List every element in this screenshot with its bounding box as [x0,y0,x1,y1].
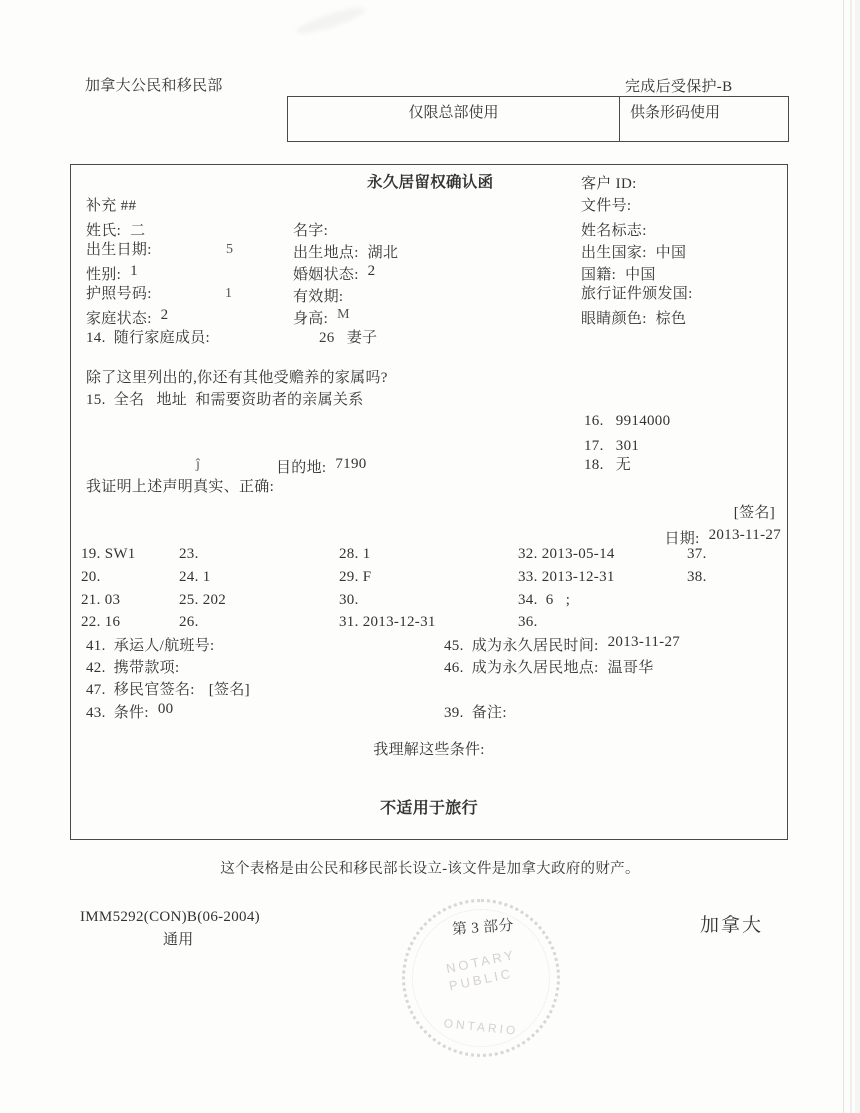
supplement-note: 补充 ## [86,197,136,216]
pr-date-label: 45. 成为永久居民时间: [444,634,599,655]
family-status-field: 家庭状态: 2 [86,307,168,328]
form-title: 永久居留权确认函 [367,173,493,192]
pr-date-value: 2013-11-27 [608,634,680,655]
document-page: 加拿大公民和移民部 完成后受保护-B 仅限总部使用 供条形码使用 永久居留权确认… [0,0,860,1113]
height-field: 身高: M [293,307,350,328]
height-value: M [337,307,350,328]
birth-country-value: 中国 [656,241,687,262]
pr-place-label: 46. 成为永久居民地点: [444,656,599,677]
passport-value: 1 [225,285,232,303]
citizenship-value: 中国 [625,263,656,284]
surname-label: 姓氏: [86,219,121,240]
funds-label: 42. 携带款项: [86,656,179,677]
birth-date-label: 出生日期: [86,241,152,260]
item16-line: 16. 9914000 [584,412,670,431]
grid-cell-24: 24. 1 [179,568,211,587]
height-label: 身高: [293,307,328,328]
form-box: 永久居留权确认函 客户 ID: 补充 ## 文件号: 姓氏: 二 名字: 姓名标… [70,164,788,840]
conditions-ack: 我理解这些条件: [71,741,787,760]
grid-cell-22: 22. 16 [81,613,120,632]
grid-cell-29: 29. F [339,568,371,587]
barcode-label: 供条形码使用 [620,97,788,141]
officer-signature-label: 47. 移民官签名: [86,678,195,699]
scan-smudge [295,3,367,38]
signature-date-value: 2013-11-27 [709,527,781,548]
accompanying-family-value: 26 妻子 [319,329,377,348]
pr-place-field: 46. 成为永久居民地点: 温哥华 [444,656,654,677]
client-id-label: 客户 ID: [581,175,637,194]
grid-cell-34: 34. 6 ; [518,591,570,610]
remarks-label: 39. 备注: [444,701,507,722]
grid-cell-23: 23. [179,545,199,564]
given-name-label: 名字: [293,219,328,240]
grid-cell-37: 37. [687,545,707,564]
eye-color-label: 眼睛颜色: [581,307,647,328]
scan-edge-line [843,0,844,1113]
form-number: IMM5292(CON)B(06-2004) [80,908,260,927]
signature-date-field: 日期: 2013-11-27 [664,527,781,548]
pr-place-value: 温哥华 [608,656,654,677]
file-number-label: 文件号: [581,197,631,216]
grid-cell-20: 20. [81,568,101,587]
grid-cell-30: 30. [339,591,359,610]
name-flag-label: 姓名标志: [581,219,647,240]
citizenship-field: 国籍: 中国 [581,263,656,284]
grid-cell-33: 33. 2013-12-31 [518,568,615,587]
grid-cell-32: 32. 2013-05-14 [518,545,615,564]
grid-cell-26: 26. [179,613,199,632]
hq-only-label: 仅限总部使用 [288,97,620,141]
grid-cell-36: 36. [518,613,538,632]
citizenship-label: 国籍: [581,263,616,284]
marital-status-value: 2 [368,263,376,284]
birth-country-label: 出生国家: [581,241,647,262]
grid-cell-19: 19. SW1 [81,545,136,564]
eye-color-value: 棕色 [656,307,687,328]
travel-doc-country-label: 旅行证件颁发国: [581,285,693,304]
surname-field: 姓氏: 二 [86,219,145,240]
grid-cell-38: 38. [687,568,707,587]
country-label: 加拿大 [700,914,763,938]
birth-place-field: 出生地点: 湖北 [293,241,398,262]
birth-date-value: 5 [226,241,233,259]
destination-fragment: ĵ [196,456,200,474]
not-valid-for-travel: 不适用于旅行 [71,799,787,819]
eye-color-field: 眼睛颜色: 棕色 [581,307,686,328]
sex-value: 1 [130,263,138,284]
birth-country-field: 出生国家: 中国 [581,241,686,262]
item15-line: 15. 全名 地址 和需要资助者的亲属关系 [86,391,364,410]
conditions-value: 00 [158,701,174,722]
conditions-label: 43. 条件: [86,701,149,722]
form-type: 通用 [163,931,194,950]
expiry-field: 有效期: [293,285,352,306]
destination-label: 目的地: [276,456,326,477]
scan-edge-line [850,0,852,1113]
sex-field: 性别: 1 [86,263,138,284]
certify-statement: 我证明上述声明真实、正确: [86,478,274,497]
name-flag-field: 姓名标志: [581,219,656,240]
carrier-flight-label: 41. 承运人/航班号: [86,634,215,655]
surname-value: 二 [130,219,145,240]
expiry-label: 有效期: [293,285,343,306]
marital-status-label: 婚姻状态: [293,263,359,284]
sex-label: 性别: [86,263,121,284]
carrier-flight-field: 41. 承运人/航班号: [86,634,224,655]
hq-use-box: 仅限总部使用 供条形码使用 [287,96,789,142]
conditions-field: 43. 条件: 00 [86,701,173,722]
destination-field: 目的地: 7190 [276,456,367,477]
grid-cell-25: 25. 202 [179,591,226,610]
protection-notice: 完成后受保护-B [625,78,732,97]
family-status-value: 2 [161,307,169,328]
grid-cell-21: 21. 03 [81,591,120,610]
scan-edge-shadow [855,0,860,1113]
dependants-question: 除了这里列出的,你还有其他受赡养的家属吗? [86,369,388,388]
family-status-label: 家庭状态: [86,307,152,328]
marital-status-field: 婚姻状态: 2 [293,263,375,284]
destination-value: 7190 [335,456,366,477]
signature-placeholder: [签名] [734,504,775,523]
birth-place-value: 湖北 [368,241,399,262]
birth-place-label: 出生地点: [293,241,359,262]
pr-date-field: 45. 成为永久居民时间: 2013-11-27 [444,634,680,655]
department-name: 加拿大公民和移民部 [85,77,223,96]
property-notice: 这个表格是由公民和移民部长设立-该文件是加拿大政府的财产。 [0,860,860,878]
officer-signature-field: 47. 移民官签名: [签名] [86,678,250,699]
given-name-field: 名字: [293,219,337,240]
item18-line: 18. 无 [584,456,631,475]
accompanying-family-label: 14. 随行家庭成员: [86,329,210,348]
funds-field: 42. 携带款项: [86,656,188,677]
grid-cell-31: 31. 2013-12-31 [339,613,436,632]
officer-signature-value: [签名] [209,678,250,699]
passport-label: 护照号码: [86,285,152,304]
remarks-field: 39. 备注: [444,701,516,722]
grid-cell-28: 28. 1 [339,545,371,564]
item17-line: 17. 301 [584,437,639,456]
